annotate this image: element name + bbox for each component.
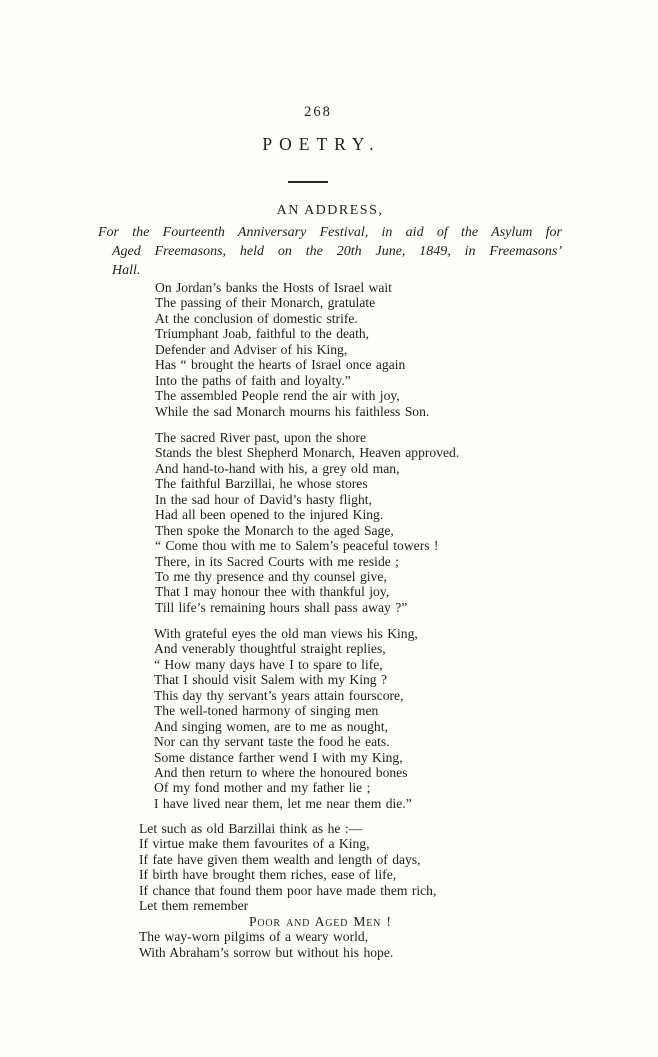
poem-line: Had all been opened to the injured King. bbox=[155, 507, 459, 522]
poem-line: That I may honour thee with thankful joy… bbox=[155, 584, 459, 599]
section-title: POETRY. bbox=[98, 134, 538, 155]
subtitle-line: For the Fourteenth Anniversary Festival,… bbox=[98, 223, 562, 242]
poem-line: If chance that found them poor have made… bbox=[139, 883, 436, 898]
poem-title: AN ADDRESS, bbox=[98, 203, 562, 219]
poem-line: While the sad Monarch mourns his faithle… bbox=[155, 404, 429, 419]
poem-subtitle: For the Fourteenth Anniversary Festival,… bbox=[98, 223, 562, 281]
poem-line: Triumphant Joab, faithful to the death, bbox=[155, 326, 429, 341]
poem-line: Into the paths of faith and loyalty.” bbox=[155, 373, 429, 388]
poem-line: If fate have given them wealth and lengt… bbox=[139, 852, 436, 867]
poem-line: There, in its Sacred Courts with me resi… bbox=[155, 554, 459, 569]
stanza-1: On Jordan’s banks the Hosts of Israel wa… bbox=[155, 280, 429, 419]
poem-line: The well-toned harmony of singing men bbox=[154, 703, 418, 718]
poem-line: Let such as old Barzillai think as he :— bbox=[139, 821, 436, 836]
poem-line: The assembled People rend the air with j… bbox=[155, 388, 429, 403]
poem-line: Has “ brought the hearts of Israel once … bbox=[155, 357, 429, 372]
poem-line: Some distance farther wend I with my Kin… bbox=[154, 750, 418, 765]
poem-line: I have lived near them, let me near them… bbox=[154, 796, 418, 811]
divider-rule bbox=[288, 181, 328, 183]
poem-line: With Abraham’s sorrow but without his ho… bbox=[139, 945, 436, 960]
poem-line: If virtue make them favourites of a King… bbox=[139, 836, 436, 851]
poem-line: On Jordan’s banks the Hosts of Israel wa… bbox=[155, 280, 429, 295]
poem-line: And venerably thoughtful straight replie… bbox=[154, 641, 418, 656]
poem-line: And then return to where the honoured bo… bbox=[154, 765, 418, 780]
poem-line: Nor can thy servant taste the food he ea… bbox=[154, 734, 418, 749]
poem-line: With grateful eyes the old man views his… bbox=[154, 626, 418, 641]
poem-line: If birth have brought them riches, ease … bbox=[139, 867, 436, 882]
poem-line: The faithful Barzillai, he whose stores bbox=[155, 476, 459, 491]
poem-line: The passing of their Monarch, gratulate bbox=[155, 295, 429, 310]
poem-line: Stands the blest Shepherd Monarch, Heave… bbox=[155, 445, 459, 460]
poem-line: And hand-to-hand with his, a grey old ma… bbox=[155, 461, 459, 476]
page-number: 268 bbox=[98, 104, 538, 121]
poem-line: That I should visit Salem with my King ? bbox=[154, 672, 418, 687]
poem-line: At the conclusion of domestic strife. bbox=[155, 311, 429, 326]
poem-line: The sacred River past, upon the shore bbox=[155, 430, 459, 445]
stanza-3: With grateful eyes the old man views his… bbox=[154, 626, 418, 811]
poem-line: And singing women, are to me as nought, bbox=[154, 719, 418, 734]
poem-line: Of my fond mother and my father lie ; bbox=[154, 780, 418, 795]
poem-line: Then spoke the Monarch to the aged Sage, bbox=[155, 523, 459, 538]
stanza-2: The sacred River past, upon the shore St… bbox=[155, 430, 459, 615]
poem-line: Till life’s remaining hours shall pass a… bbox=[155, 600, 459, 615]
subtitle-line: Hall. bbox=[98, 261, 562, 280]
poem-line: To me thy presence and thy counsel give, bbox=[155, 569, 459, 584]
poem-line: Defender and Adviser of his King, bbox=[155, 342, 429, 357]
poem-line: “ Come thou with me to Salem’s peaceful … bbox=[155, 538, 459, 553]
poem-line: “ How many days have I to spare to life, bbox=[154, 657, 418, 672]
book-page: 268 POETRY. AN ADDRESS, For the Fourteen… bbox=[0, 0, 658, 1057]
poem-line: This day thy servant’s years attain four… bbox=[154, 688, 418, 703]
poem-line: In the sad hour of David’s hasty flight, bbox=[155, 492, 459, 507]
poem-line-smallcaps: Poor and Aged Men ! bbox=[139, 914, 436, 929]
poem-line: Let them remember bbox=[139, 898, 436, 913]
subtitle-line: Aged Freemasons, held on the 20th June, … bbox=[98, 242, 562, 261]
stanza-4: Let such as old Barzillai think as he :—… bbox=[139, 821, 436, 960]
poem-line: The way-worn pilgims of a weary world, bbox=[139, 929, 436, 944]
